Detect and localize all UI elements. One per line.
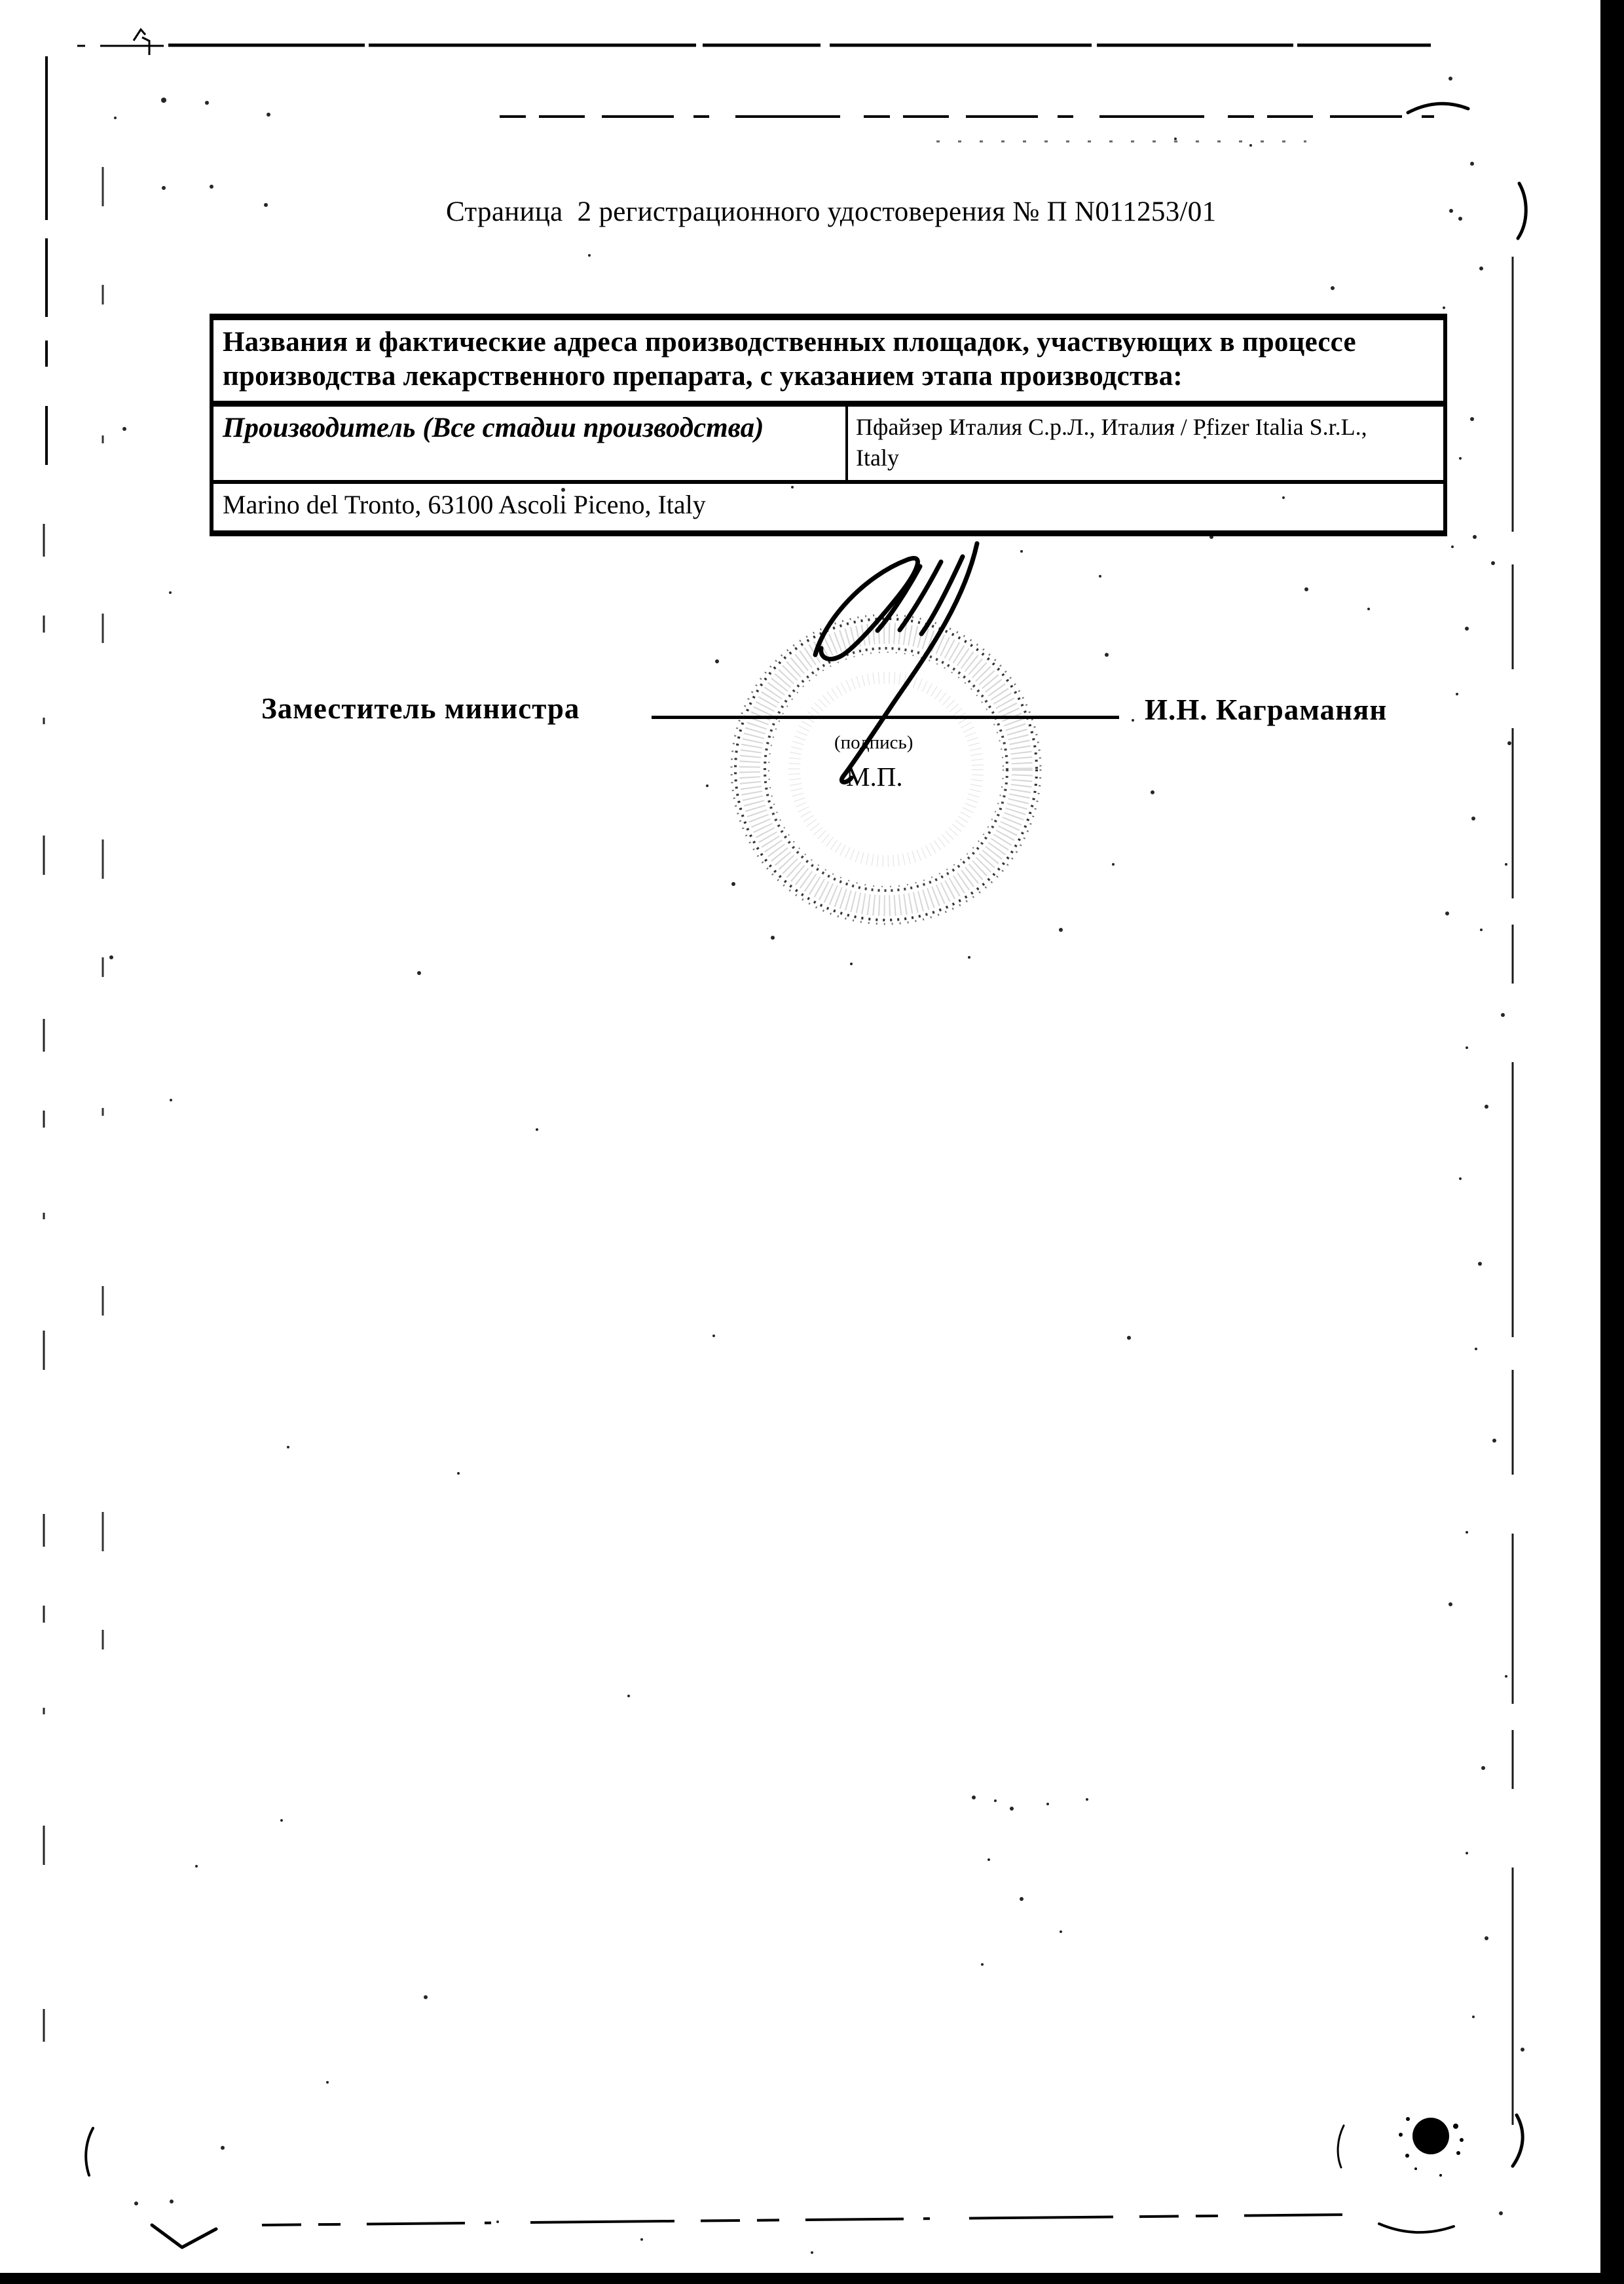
signatory-name: И.Н. Каграманян bbox=[1145, 693, 1387, 727]
table-caption: Названия и фактические адреса производст… bbox=[213, 320, 1443, 407]
production-sites-table: Названия и фактические адреса производст… bbox=[210, 314, 1447, 536]
signature-line bbox=[652, 716, 1119, 719]
producer-label-cell: Производитель (Все стадии производства) bbox=[213, 407, 848, 480]
table-row-producer: Производитель (Все стадии производства) … bbox=[213, 407, 1443, 484]
table-row-address: Marino del Tronto, 63100 Ascoli Piceno, … bbox=[213, 484, 1443, 530]
page-title: Страница 2 регистрационного удостоверени… bbox=[446, 196, 1216, 228]
signatory-role-label: Заместитель министра bbox=[261, 691, 580, 726]
seal-placeholder-label: М.П. bbox=[846, 761, 903, 792]
scanned-document-page: Страница 2 регистрационного удостоверени… bbox=[0, 0, 1624, 2284]
signature-caption: (подпись) bbox=[834, 732, 913, 754]
producer-value-cell: Пфайзер Италия С.р.Л., Италия / Pfizer I… bbox=[848, 407, 1443, 480]
